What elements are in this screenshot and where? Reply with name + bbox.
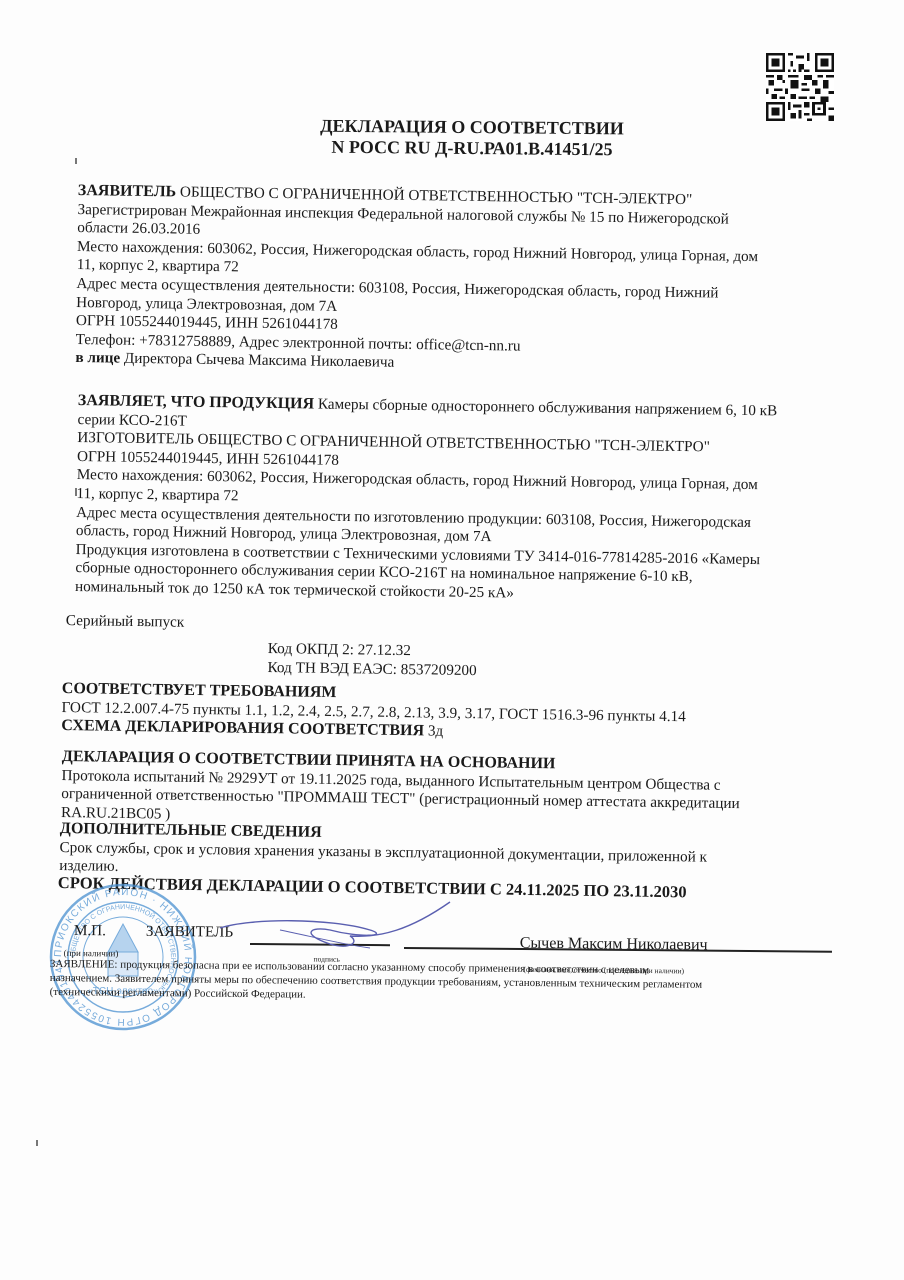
- scheme-value: 3д: [424, 723, 443, 740]
- signature-scribble-icon: [210, 900, 470, 960]
- applicant-section: ЗАЯВИТЕЛЬ ОБЩЕСТВО С ОГРАНИЧЕННОЙ ОТВЕТС…: [75, 182, 818, 379]
- represented-by: Директора Сычева Максима Николаевича: [120, 350, 394, 371]
- product-section: ЗАЯВЛЯЕТ, ЧТО ПРОДУКЦИЯ Камеры сборные о…: [75, 392, 818, 607]
- applicant-label: ЗАЯВИТЕЛЬ: [78, 182, 177, 200]
- release-type: Серийный выпуск: [66, 612, 806, 642]
- mp-label: М.П.: [74, 922, 106, 941]
- declaration-page: ДЕКЛАРАЦИЯ О СООТВЕТСТВИИ N РОСС RU Д-RU…: [0, 0, 904, 1280]
- scan-mark: [75, 488, 77, 496]
- statement-section: ЗАЯВЛЕНИЕ: продукция безопасна при ее ис…: [50, 957, 830, 1007]
- represented-label: в лице: [75, 349, 120, 367]
- scan-mark: [75, 158, 77, 164]
- requirements-section: СООТВЕТСТВУЕТ ТРЕБОВАНИЯМ ГОСТ 12.2.007.…: [61, 680, 842, 747]
- qr-code-icon: [766, 53, 834, 121]
- product-label: ЗАЯВЛЯЕТ, ЧТО ПРОДУКЦИЯ: [78, 392, 314, 413]
- codes-section: Код ОКПД 2: 27.12.32 Код ТН ВЭД ЕАЭС: 85…: [267, 640, 767, 685]
- scan-mark: [36, 1140, 38, 1146]
